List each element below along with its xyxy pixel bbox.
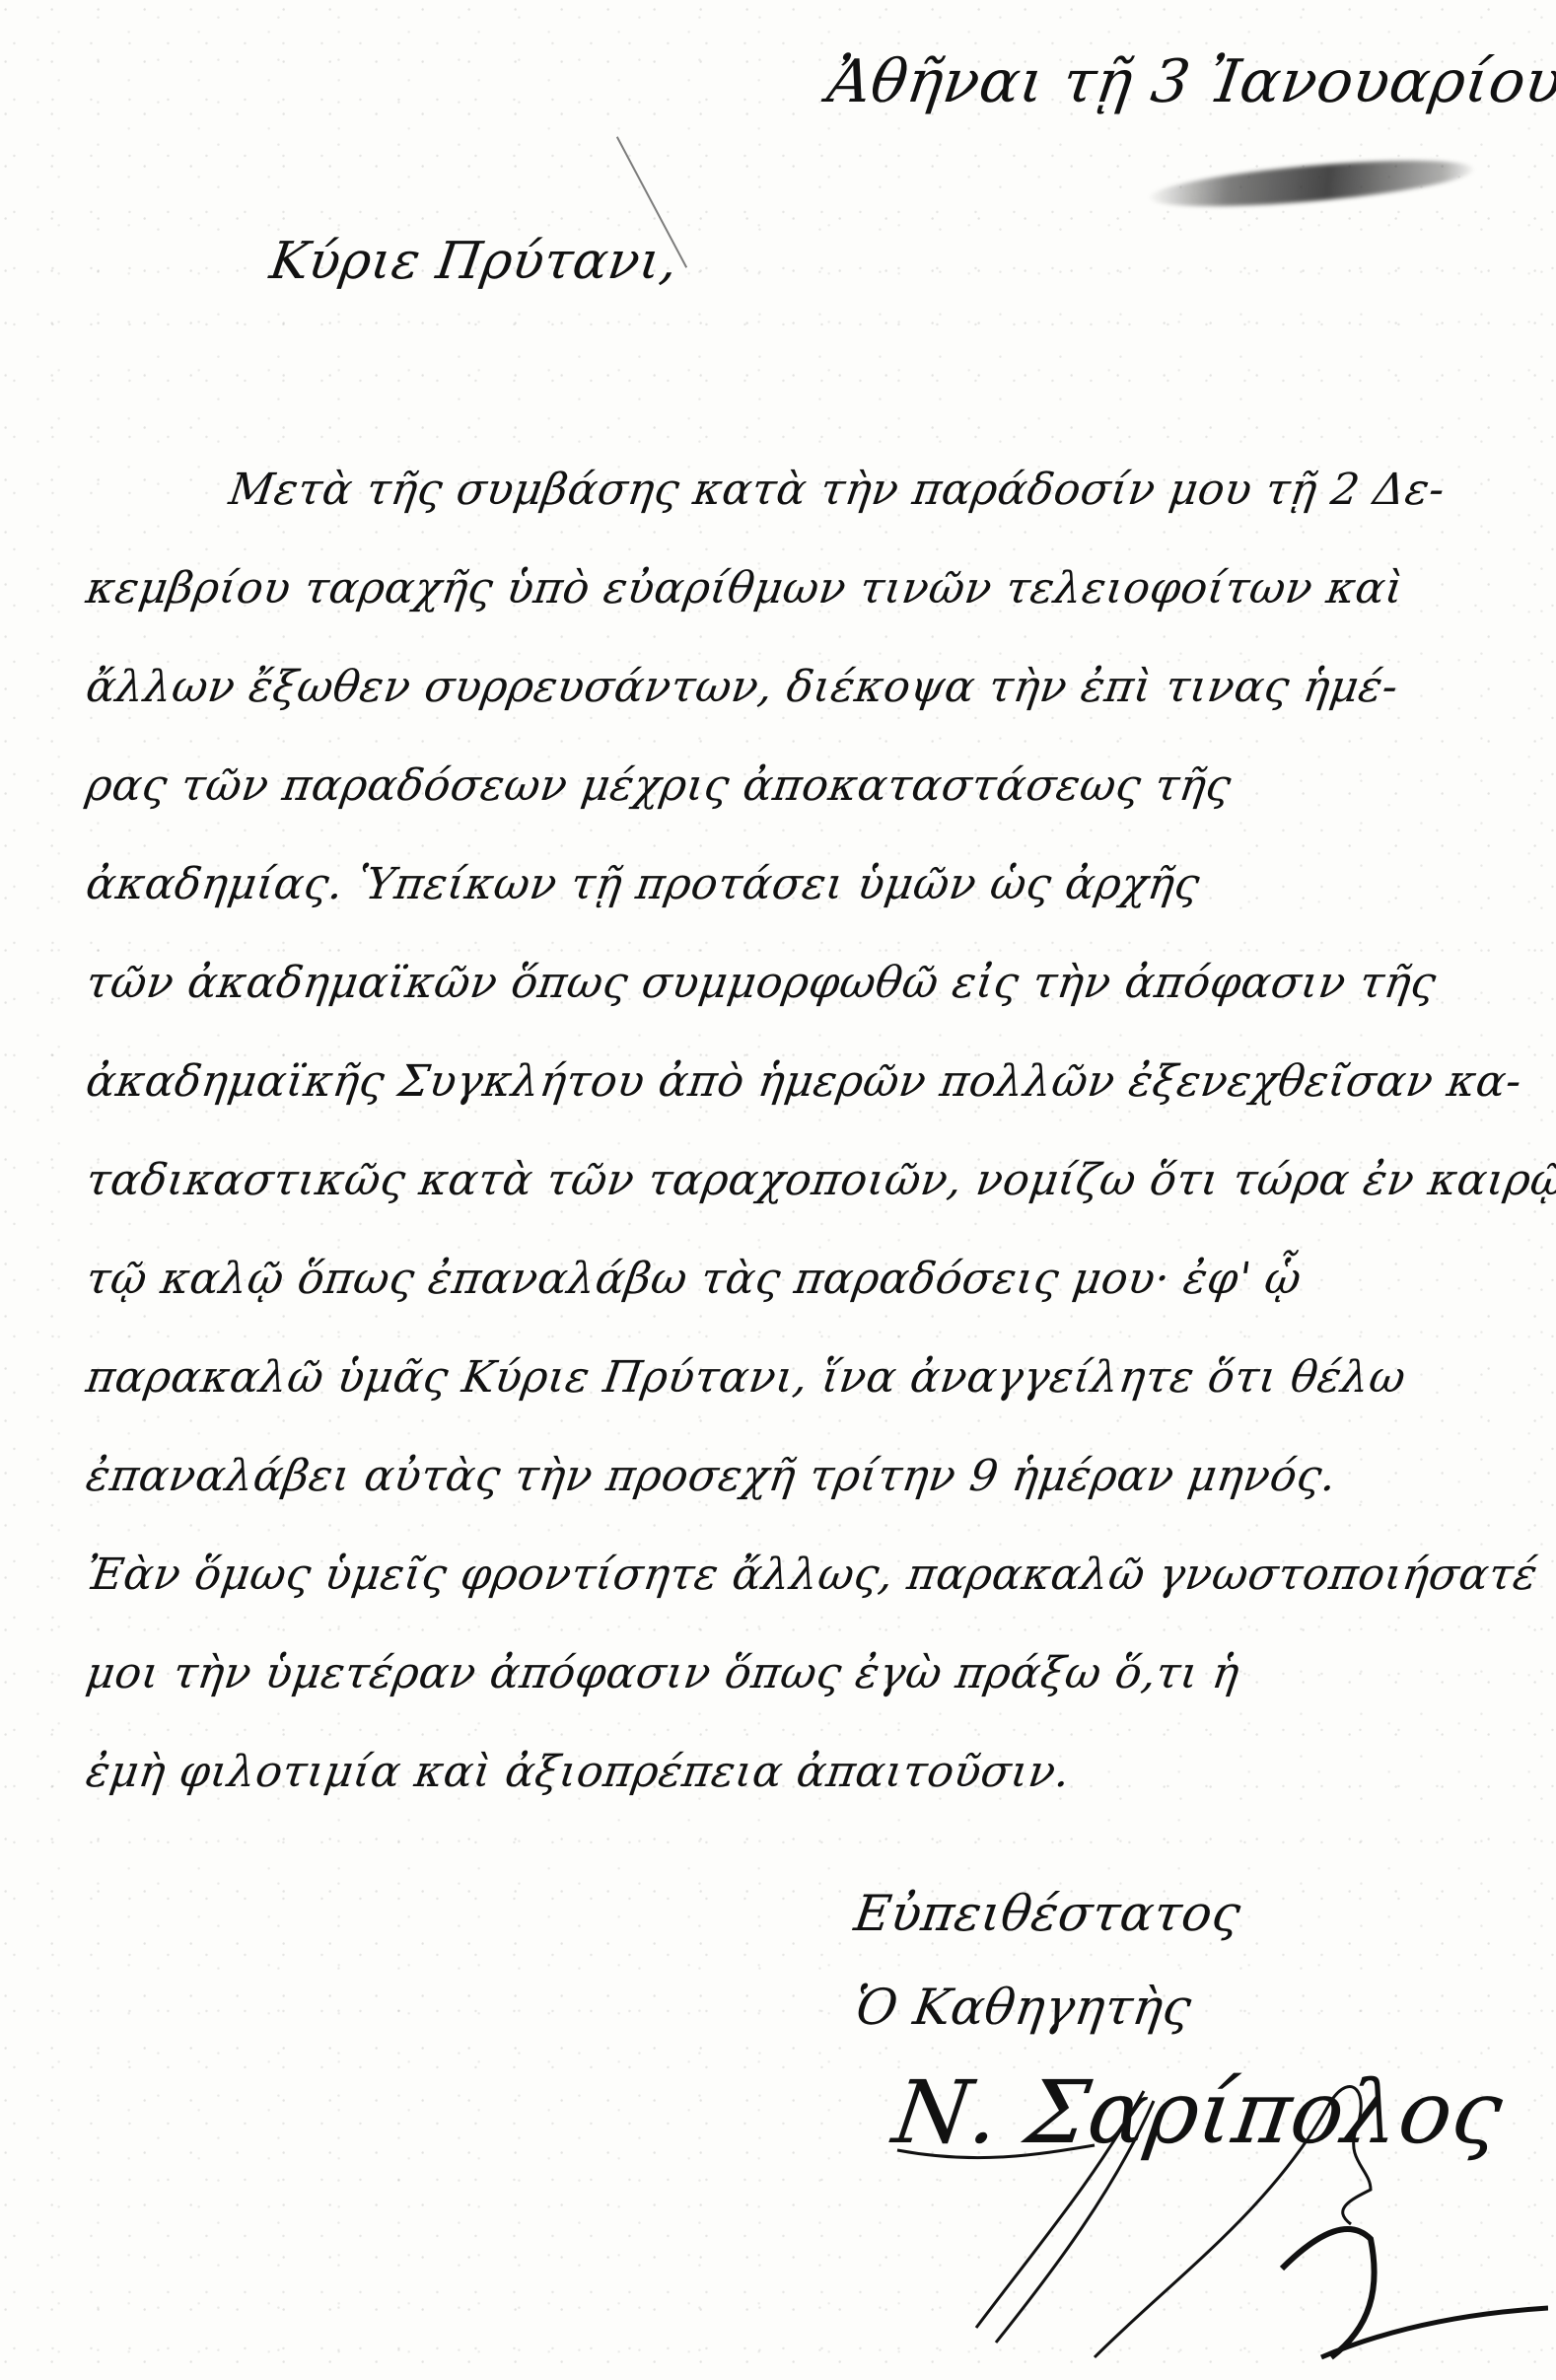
body-line: ἀκαδημαϊκῆς Συγκλήτου ἀπὸ ἡμερῶν πολλῶν … bbox=[79, 1038, 1552, 1136]
signature: Ν. Σαρίπολος bbox=[887, 2061, 1509, 2163]
body-line: τῷ καλῷ ὅπως ἐπαναλάβω τὰς παραδόσεις μο… bbox=[79, 1235, 1552, 1334]
body-line: παρακαλῶ ὑμᾶς Κύριε Πρύτανι, ἵνα ἀναγγεί… bbox=[79, 1334, 1552, 1432]
body-line: τῶν ἀκαδημαϊκῶν ὅπως συμμορφωθῶ εἰς τὴν … bbox=[79, 939, 1552, 1038]
letter-body: Μετὰ τῆς συμβάσης κατὰ τὴν παράδοσίν μου… bbox=[79, 446, 1538, 1827]
ink-smudge bbox=[1148, 152, 1475, 216]
body-line: ἐπαναλάβει αὐτὰς τὴν προσεχῆ τρίτην 9 ἡμ… bbox=[79, 1432, 1552, 1531]
closing-phrase: Εὐπειθέστατος bbox=[848, 1869, 1246, 1963]
body-line: Ἐὰν ὅμως ὑμεῖς φροντίσητε ἄλλως, παρακαλ… bbox=[79, 1531, 1552, 1629]
body-line: ταδικαστικῶς κατὰ τῶν ταραχοποιῶν, νομίζ… bbox=[79, 1136, 1552, 1235]
body-line: Μετὰ τῆς συμβάσης κατὰ τὴν παράδοσίν μου… bbox=[79, 446, 1552, 544]
body-line: ἀκαδημίας. Ὑπείκων τῇ προτάσει ὑμῶν ὡς ἀ… bbox=[79, 840, 1552, 939]
salutation: Κύριε Πρύτανι, bbox=[266, 232, 681, 291]
body-line: ἄλλων ἔξωθεν συρρευσάντων, διέκοψα τὴν ἐ… bbox=[79, 643, 1552, 742]
body-line: ἐμὴ φιλοτιμία καὶ ἀξιοπρέπεια ἀπαιτοῦσιν… bbox=[79, 1728, 1552, 1827]
body-line: μοι τὴν ὑμετέραν ἀπόφασιν ὅπως ἐγὼ πράξω… bbox=[79, 1629, 1552, 1728]
body-line: κεμβρίου ταραχῆς ὑπὸ εὐαρίθμων τινῶν τελ… bbox=[79, 544, 1552, 643]
body-line: ρας τῶν παραδόσεων μέχρις ἀποκαταστάσεως… bbox=[79, 742, 1552, 840]
closing-block: Εὐπειθέστατος Ὁ Καθηγητὴς bbox=[848, 1869, 1234, 2056]
dateline: Ἀθῆναι τῇ 3 Ἰανουαρίου 1873. bbox=[823, 47, 1556, 116]
letter-page: Ἀθῆναι τῇ 3 Ἰανουαρίου 1873. Κύριε Πρύτα… bbox=[0, 0, 1556, 2380]
